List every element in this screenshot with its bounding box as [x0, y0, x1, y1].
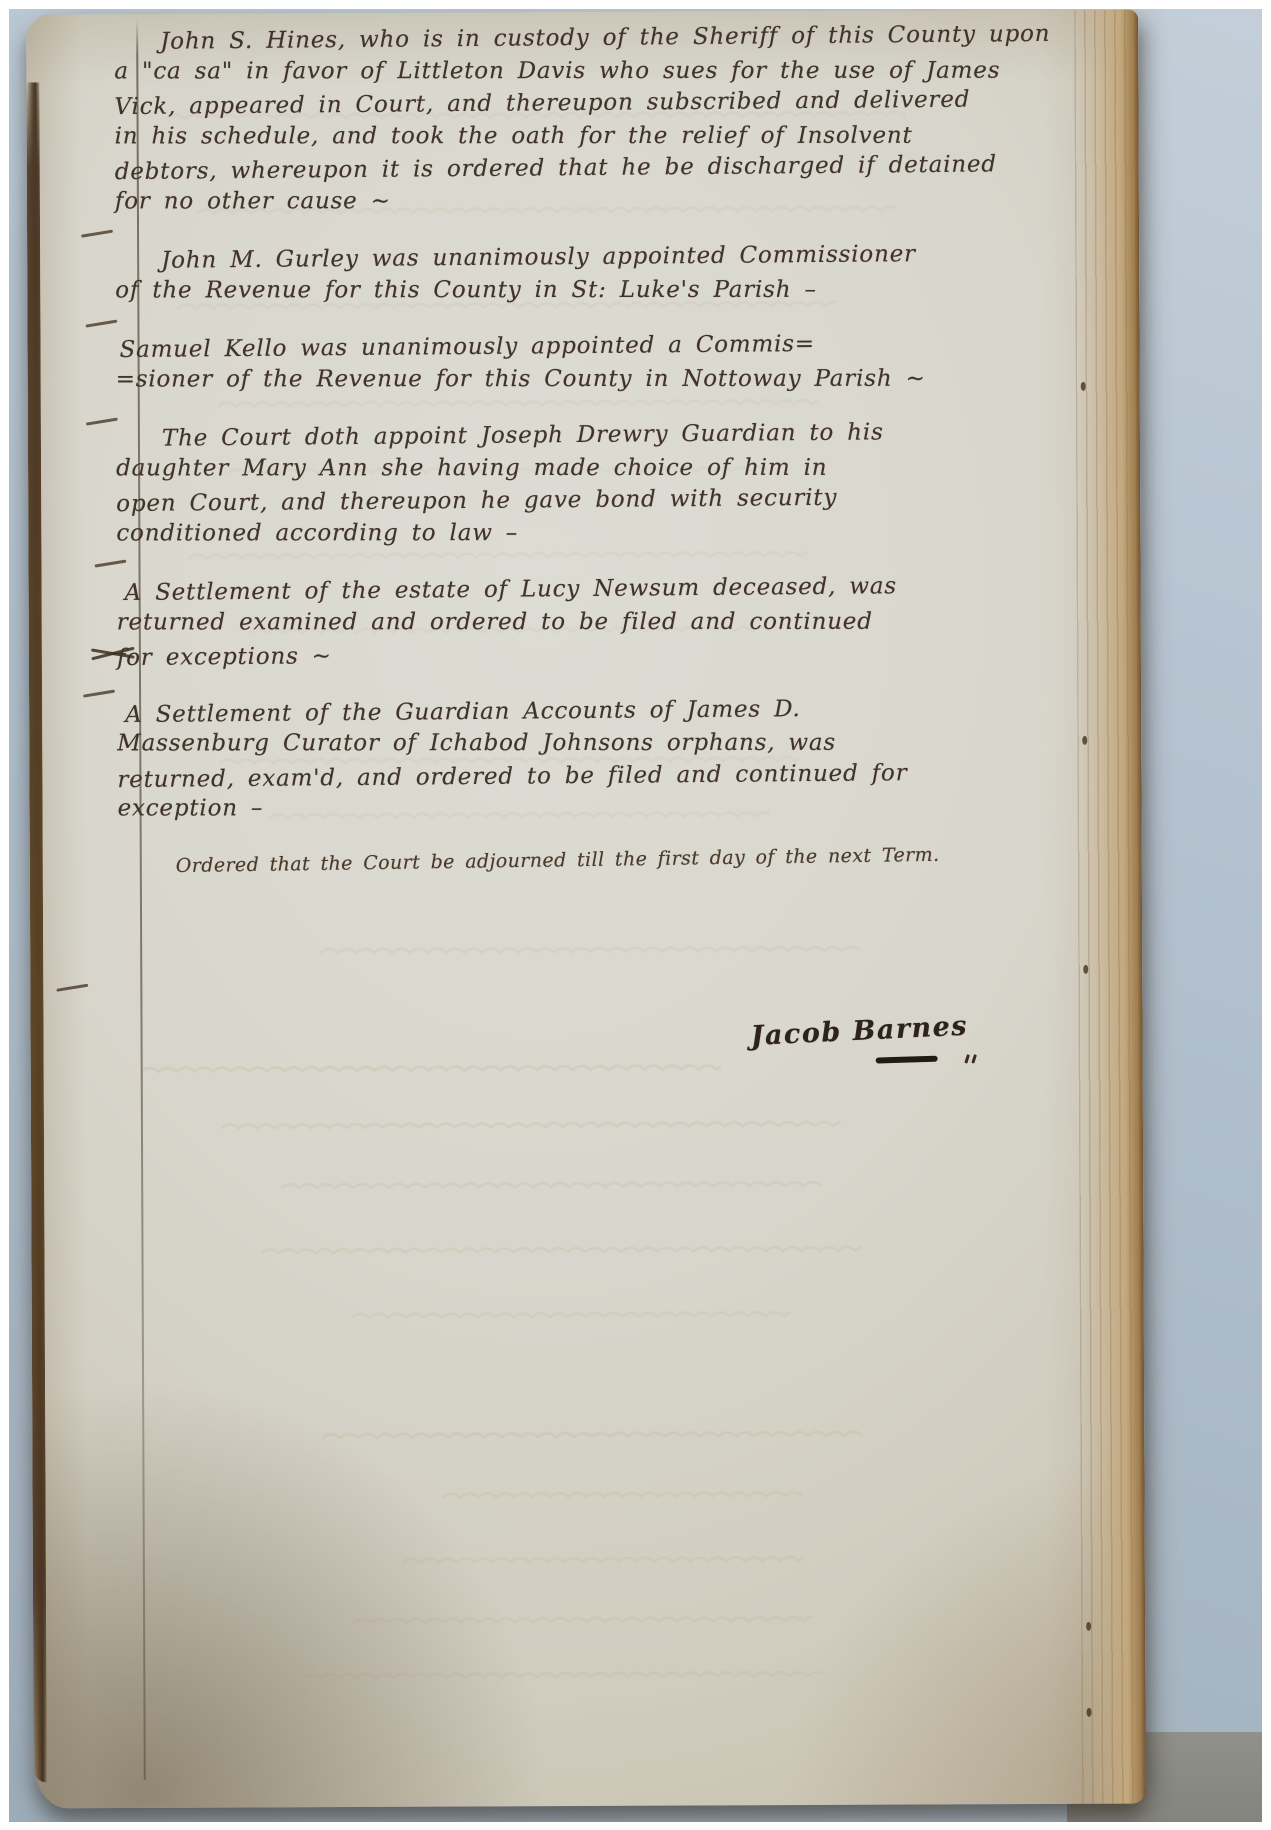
manuscript-line: a "ca sa" in favor of Littleton Davis wh… — [114, 54, 1044, 87]
manuscript-paragraph: Samuel Kello was unanimously appointed a… — [115, 328, 1045, 397]
manuscript-line: daughter Mary Ann she having made choice… — [116, 451, 1046, 484]
manuscript-line: John M. Gurley was unanimously appointed… — [115, 237, 1045, 278]
ink-bleedthrough — [303, 1666, 823, 1684]
manuscript-line: =sioner of the Revenue for this County i… — [116, 362, 1046, 395]
margin-tick-dash — [86, 418, 118, 426]
ditto-mark — [966, 1054, 975, 1063]
ink-bleedthrough — [281, 1176, 821, 1194]
photo-frame: John S. Hines, who is in custody of the … — [9, 9, 1262, 1822]
manuscript-paragraph: The Court doth appoint Joseph Drewry Gua… — [116, 417, 1047, 551]
page-edges — [1074, 10, 1146, 1804]
ink-bleedthrough — [221, 1116, 841, 1135]
manuscript-line: of the Revenue for this County in St: Lu… — [115, 273, 1045, 306]
adjournment-order: Ordered that the Court be adjourned till… — [118, 842, 1048, 878]
margin-tick-dash — [81, 230, 113, 238]
manuscript-line: open Court, and thereupon he gave bond w… — [116, 480, 1046, 521]
ink-bleedthrough — [403, 1551, 803, 1569]
manuscript-line: Vick, appeared in Court, and thereupon s… — [114, 83, 1044, 124]
screenshot-root: { "photo": { "backdrop_color": "#aebdc9"… — [0, 0, 1271, 1830]
ink-bleedthrough — [352, 1306, 792, 1324]
manuscript-paragraph: John M. Gurley was unanimously appointed… — [115, 239, 1045, 308]
manuscript-paragraph: A Settlement of the Guardian Accounts of… — [117, 692, 1048, 826]
manuscript-line: debtors, whereupon it is ordered that he… — [115, 148, 1045, 189]
fore-edge-speck — [1082, 736, 1087, 745]
ink-bleedthrough-layer — [26, 10, 1138, 15]
manuscript-line: Samuel Kello was unanimously appointed a… — [115, 326, 1045, 367]
ink-bleedthrough — [322, 1426, 862, 1444]
book-binding-edge — [26, 82, 46, 1782]
signature-row: Jacob Barnes — [118, 1014, 1048, 1049]
manuscript-line: in his schedule, and took the oath for t… — [115, 119, 1045, 152]
margin-tick-layer — [26, 10, 1138, 15]
margin-tick-dash — [56, 984, 88, 992]
signature-jacob-barnes: Jacob Barnes — [750, 1010, 969, 1051]
ink-bleedthrough — [443, 1486, 803, 1504]
flourish-dash — [876, 1055, 938, 1063]
manuscript-line: Massenburg Curator of Ichabod Johnsons o… — [117, 727, 1047, 760]
margin-tick-dash — [83, 690, 115, 698]
fore-edge-speck — [1083, 965, 1088, 974]
manuscript-text: John S. Hines, who is in custody of the … — [114, 20, 1049, 1072]
ink-bleedthrough — [353, 1611, 813, 1629]
fore-edge-speck — [1086, 1622, 1091, 1631]
manuscript-line: returned examined and ordered to be file… — [117, 605, 1047, 638]
manuscript-line: The Court doth appoint Joseph Drewry Gua… — [116, 415, 1046, 456]
margin-tick-dash — [85, 320, 117, 328]
fore-edge-speck — [1081, 382, 1086, 391]
manuscript-line: A Settlement of the estate of Lucy Newsu… — [116, 569, 1046, 610]
manuscript-line: exception – — [118, 792, 1048, 825]
manuscript-line: A Settlement of the Guardian Accounts of… — [117, 690, 1047, 731]
signature-flourish — [119, 1049, 1049, 1071]
manuscript-line: conditioned according to law – — [116, 516, 1046, 549]
manuscript-line: John S. Hines, who is in custody of the … — [114, 18, 1044, 59]
manuscript-line: for no other cause ~ — [115, 184, 1045, 217]
manuscript-paragraph: A Settlement of the estate of Lucy Newsu… — [117, 571, 1047, 673]
manuscript-page: John S. Hines, who is in custody of the … — [26, 10, 1146, 1809]
ink-bleedthrough — [261, 1241, 861, 1260]
fore-edge-speck — [1086, 1708, 1091, 1717]
manuscript-line: for exceptions ~ — [117, 634, 1047, 675]
manuscript-paragraph: John S. Hines, who is in custody of the … — [114, 20, 1045, 219]
manuscript-line: returned, exam'd, and ordered to be file… — [117, 755, 1047, 796]
